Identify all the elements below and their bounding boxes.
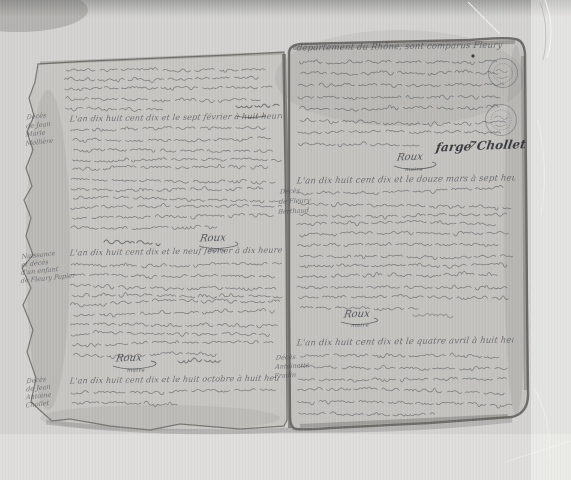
record-incipit: L'an dix huit cent dix et le huit octobr…	[69, 374, 281, 386]
record-incipit: L'an dix huit cent dix et le douze mars …	[296, 173, 516, 186]
signature-maire-label: maire	[127, 368, 145, 374]
margin-note-deces-berthaud: Décès de Fleury Berthaud	[278, 185, 312, 217]
margin-note-deces-molliere: Décès de Jean Marie Mollière	[25, 110, 54, 147]
record-incipit: L'an dix huit cent dix et le quatre avri…	[296, 335, 514, 348]
handwriting-overlay: L'an dix huit cent dix et le sept févrie…	[0, 0, 571, 480]
margin-note-line: Chollet	[26, 399, 52, 410]
signature-chollet: Chollet	[476, 137, 527, 153]
signature-roux: Roux	[199, 233, 227, 245]
signature-maire-label: maire	[405, 167, 423, 173]
signature-roux: Roux	[396, 152, 424, 164]
margin-note-enfant-papier: Naissance et décès d'un enfant de Fleury…	[21, 247, 77, 285]
record-incipit: L'an dix huit cent dix et le sept févrie…	[69, 112, 283, 124]
margin-note-deces-fradin: Décès Antoinette Fradin	[274, 352, 311, 381]
document-scan: L'an dix huit cent dix et le sept févrie…	[0, 0, 571, 480]
record-incipit: L'an dix huit cent dix et le neuf févrie…	[69, 246, 283, 258]
signature-roux: Roux	[343, 309, 371, 321]
record-incipit: département du Rhône, sont comparus Fleu…	[296, 41, 512, 54]
margin-note-line: Fradin	[274, 370, 309, 381]
signature-maire-label: maire	[208, 248, 226, 254]
signature-maire-label: maire	[351, 323, 369, 329]
margin-note-deces-chollet: Décès de Jean Antoine Chollet	[26, 375, 53, 410]
signature-roux: Roux	[115, 353, 143, 365]
margin-note-line: Berthaud	[278, 205, 310, 217]
